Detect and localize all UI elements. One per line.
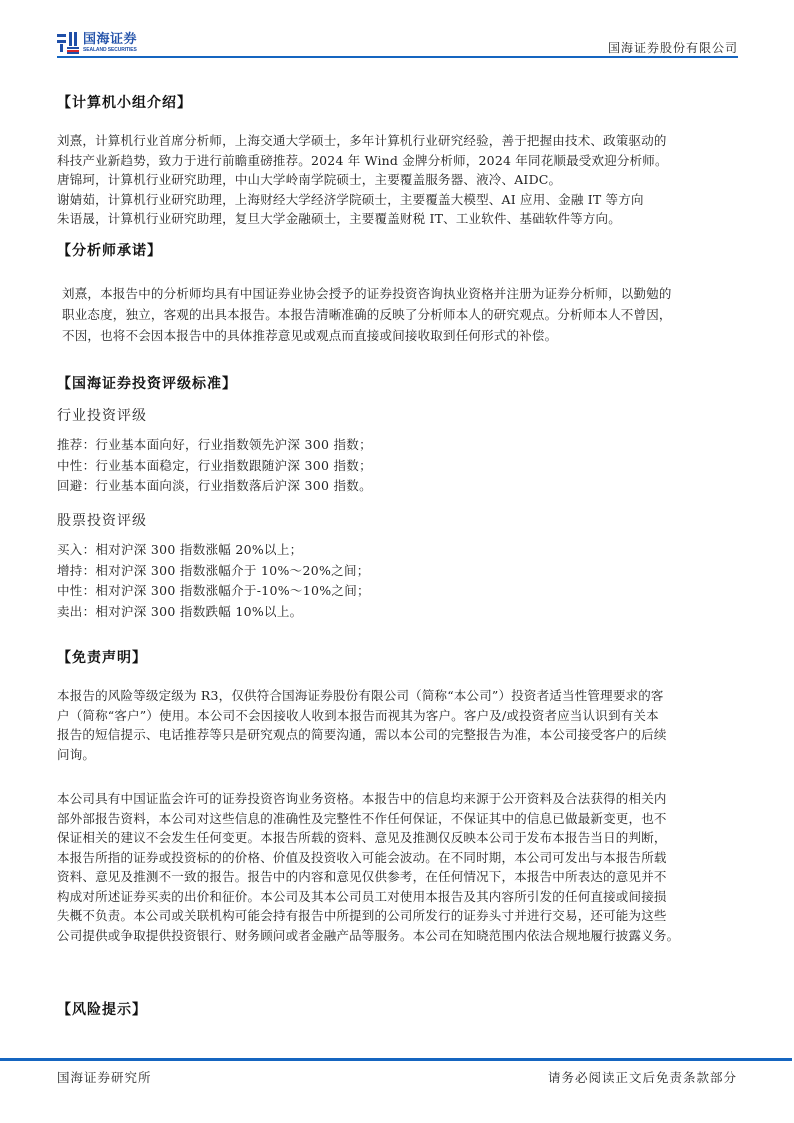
footer-institute: 国海证券研究所 <box>57 1068 152 1086</box>
disclaimer-line: 户（简称“客户”）使用。本公司不会因接收人收到本报告而视其为客户。客户及/或投资… <box>57 706 740 726</box>
header-divider <box>57 56 738 58</box>
industry-rating-item: 推荐：行业基本面向好，行业指数领先沪深 300 指数； <box>57 435 372 456</box>
team-line: 科技产业新趋势，致力于进行前瞻重磅推荐。2024 年 Wind 金牌分析师，20… <box>57 151 740 171</box>
industry-rating-item: 回避：行业基本面向淡，行业指数落后沪深 300 指数。 <box>57 476 372 497</box>
disclaimer-paragraph-2: 本公司具有中国证监会许可的证券投资咨询业务资格。本报告中的信息均来源于公开资料及… <box>57 789 740 945</box>
disclaimer-line: 部外部报告资料，本公司对这些信息的准确性及完整性不作任何保证，不保证其中的信息已… <box>57 809 740 829</box>
company-name: 国海证券股份有限公司 <box>608 39 738 56</box>
team-line: 谢婧茹，计算机行业研究助理，上海财经大学经济学院硕士，主要覆盖大模型、AI 应用… <box>57 190 740 210</box>
disclaimer-line: 保证相关的建议不会发生任何变更。本报告所载的资料、意见及推测仅反映本公司于发布本… <box>57 828 740 848</box>
logo-chinese-name: 国海证券 <box>83 32 137 47</box>
rating-section-title: 【国海证券投资评级标准】 <box>57 373 237 393</box>
disclaimer-line: 本报告所指的证券或投资标的的价格、价值及投资收入可能会波动。在不同时期，本公司可… <box>57 848 740 868</box>
company-logo: 国海证券 SEALAND SECURITIES <box>57 32 137 54</box>
sealand-logo-icon <box>57 32 79 54</box>
disclaimer-paragraph-1: 本报告的风险等级定级为 R3，仅供符合国海证券股份有限公司（简称“本公司”）投资… <box>57 686 740 764</box>
team-intro-text: 刘熹，计算机行业首席分析师，上海交通大学硕士，多年计算机行业研究经验，善于把握由… <box>57 131 740 229</box>
stock-rating-item: 中性：相对沪深 300 指数涨幅介于-10%～10%之间； <box>57 581 370 602</box>
stock-rating-item: 买入：相对沪深 300 指数涨幅 20%以上； <box>57 540 370 561</box>
disclaimer-line: 构成对所述证券买卖的出价和征价。本公司及其本公司员工对使用本报告及其内容所引发的… <box>57 887 740 907</box>
disclaimer-line: 本公司具有中国证监会许可的证券投资咨询业务资格。本报告中的信息均来源于公开资料及… <box>57 789 740 809</box>
commitment-line: 刘熹，本报告中的分析师均具有中国证券业协会授予的证券投资咨询执业资格并注册为证券… <box>62 283 737 304</box>
disclaimer-line: 本报告的风险等级定级为 R3，仅供符合国海证券股份有限公司（简称“本公司”）投资… <box>57 686 740 706</box>
industry-rating-title: 行业投资评级 <box>57 405 147 425</box>
risk-section-title: 【风险提示】 <box>57 999 147 1019</box>
footer-disclaimer-notice: 请务必阅读正文后免责条款部分 <box>548 1068 737 1086</box>
stock-rating-list: 买入：相对沪深 300 指数涨幅 20%以上； 增持：相对沪深 300 指数涨幅… <box>57 540 370 622</box>
industry-rating-list: 推荐：行业基本面向好，行业指数领先沪深 300 指数； 中性：行业基本面稳定，行… <box>57 435 372 497</box>
disclaimer-line: 问询。 <box>57 745 740 765</box>
commitment-line: 不因，也将不会因本报告中的具体推荐意见或观点而直接或间接收取到任何形式的补偿。 <box>62 325 737 346</box>
commitment-line: 职业态度，独立，客观的出具本报告。本报告清晰准确的反映了分析师本人的研究观点。分… <box>62 304 737 325</box>
disclaimer-line: 失概不负责。本公司或关联机构可能会持有报告中所提到的公司所发行的证券头寸并进行交… <box>57 906 740 926</box>
logo-english-name: SEALAND SECURITIES <box>83 47 137 54</box>
commitment-section-title: 【分析师承诺】 <box>57 240 162 260</box>
team-line: 唐锦珂，计算机行业研究助理，中山大学岭南学院硕士，主要覆盖服务器、液冷、AIDC… <box>57 170 740 190</box>
industry-rating-item: 中性：行业基本面稳定，行业指数跟随沪深 300 指数； <box>57 456 372 477</box>
team-section-title: 【计算机小组介绍】 <box>57 92 192 112</box>
disclaimer-line: 资料、意见及推测不一致的报告。报告中的内容和意见仅供参考，在任何情况下，本报告中… <box>57 867 740 887</box>
disclaimer-line: 公司提供或争取提供投资银行、财务顾问或者金融产品等服务。本公司在知晓范围内依法合… <box>57 926 740 946</box>
commitment-text: 刘熹，本报告中的分析师均具有中国证券业协会授予的证券投资咨询执业资格并注册为证券… <box>62 283 737 346</box>
stock-rating-item: 增持：相对沪深 300 指数涨幅介于 10%～20%之间； <box>57 561 370 582</box>
team-line: 刘熹，计算机行业首席分析师，上海交通大学硕士，多年计算机行业研究经验，善于把握由… <box>57 131 740 151</box>
stock-rating-title: 股票投资评级 <box>57 510 147 530</box>
disclaimer-line: 报告的短信提示、电话推荐等只是研究观点的简要沟通，需以本公司的完整报告为准，本公… <box>57 725 740 745</box>
footer-divider <box>0 1058 792 1061</box>
disclaimer-section-title: 【免责声明】 <box>57 647 147 667</box>
page-header: 国海证券 SEALAND SECURITIES 国海证券股份有限公司 <box>57 30 738 58</box>
team-line: 朱语晟，计算机行业研究助理，复旦大学金融硕士，主要覆盖财税 IT、工业软件、基础… <box>57 209 740 229</box>
stock-rating-item: 卖出：相对沪深 300 指数跌幅 10%以上。 <box>57 602 370 623</box>
